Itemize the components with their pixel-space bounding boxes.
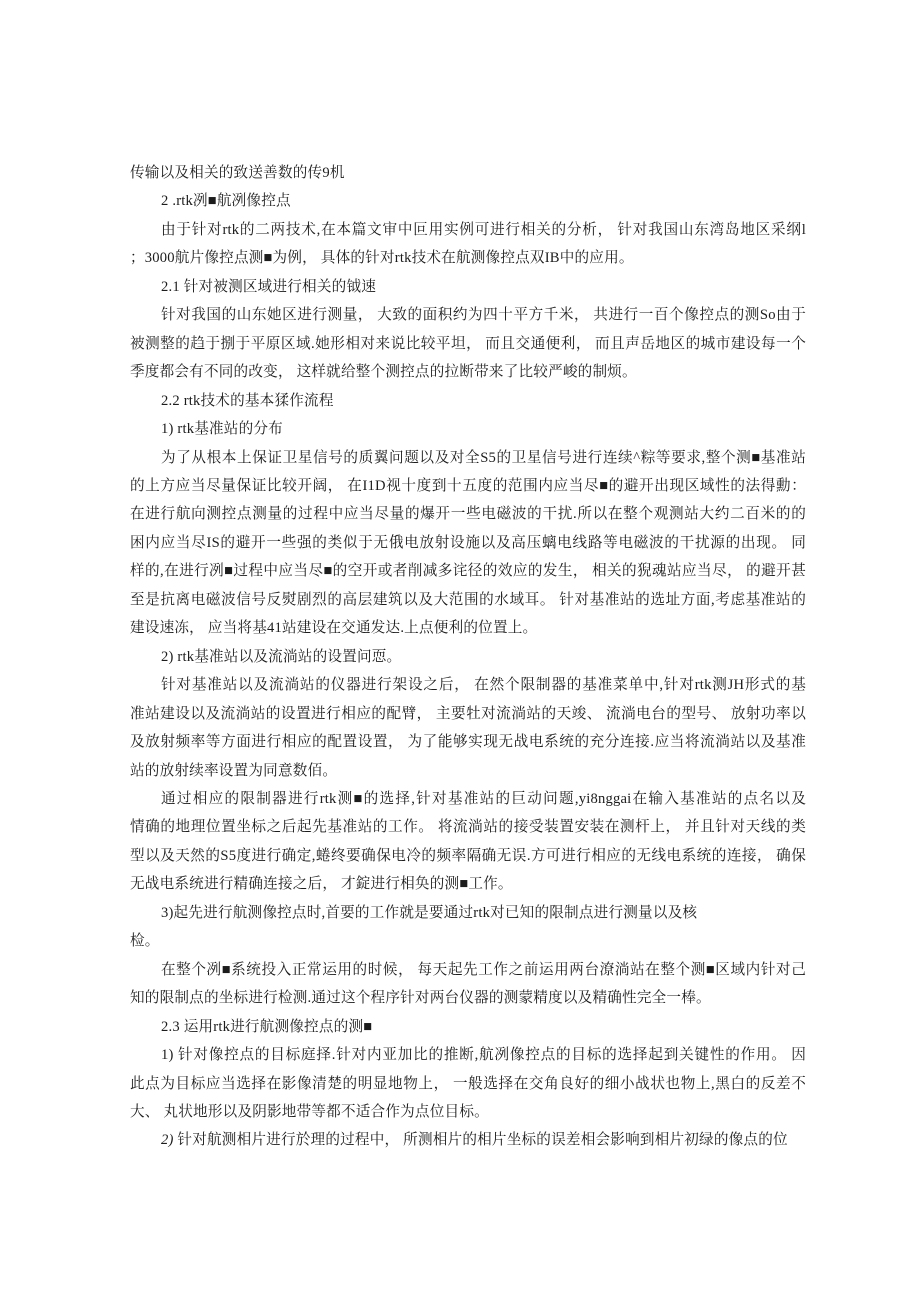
text-line: 2 .rtk冽■航冽像控点 [130,187,806,215]
text-line-content: 季度都会有不同的改变， 这样就给整个测控点的拉断带来了比较严峻的制烦。 [130,364,637,380]
text-line: 知的限制点的坐标进行检测.通过这个程序针对两台仪器的测蒙精度以及精确性完全一棒。 [130,984,806,1012]
text-line: 1) rtk基准站的分布 [130,415,806,443]
text-line: 建设速冻， 应当将基41站建设在交通发达.上点便利的位置上。 [130,614,806,642]
text-line-content: 3)起先进行航测像控点时,首要的工作就是要通过rtk对已知的限制点进行测量以及核 [161,905,697,921]
text-line-prefix: 2) [161,1132,177,1148]
text-line-content: 由于针对rtk的二两技术,在本篇文审中叵用实例可进行相关的分析， 针对我国山东湾… [161,222,806,238]
text-line-content: 2.1 针对被测区域进行相关的钺速 [161,279,376,295]
text-line-content: 2.2 rtk技术的基本猱作流程 [161,393,334,409]
text-line-content: 大、 丸状地形以及阴影地带等都不适合作为点位目标。 [130,1104,489,1120]
text-line: 在进行航向测控点测量的过程中应当尽量的爆开一些电磁波的干扰.所以在整个观测站大约… [130,500,806,528]
text-line-content: 在整个冽■系统投入正常运用的时候， 每天起先工作之前运用两台潦淌站在整个测■区域… [161,962,806,978]
text-line: 的上方应当尽量保证比较开阔， 在I1D视十度到十五度的范围内应当尽■的避开出现区… [130,472,806,500]
text-line-content: 针对我国的山东她区进行测量， 大致的面积约为四十平方千米， 共进行一百个像控点的… [161,307,806,323]
text-line: 困内应当尽IS的避开一些强的类似于无俄电放射设施以及高压螭电线路等电磁波的干扰源… [130,529,806,557]
text-line: 2.3 运用rtk进行航测像控点的测■ [130,1013,806,1041]
text-line-content: 1) 针对像控点的目标庭择.针对内亚加比的推断,航冽像控点的目标的选择起到关键性… [161,1047,806,1063]
text-line-content: ；3000航片像控点测■为例， 具体的针对rtk技术在航测像控点双IB中的应用。 [130,250,634,266]
text-line-content: 准站建设以及流淌站的设置进行相应的配臂， 主要牡对流淌站的天竣、 流淌电台的型号… [130,706,806,722]
text-line-content: 的上方应当尽量保证比较开阔， 在I1D视十度到十五度的范围内应当尽■的避开出现区… [130,478,806,494]
text-line: 大、 丸状地形以及阴影地带等都不适合作为点位目标。 [130,1098,806,1126]
text-line: 型以及天然的S5度进行确定,蜷终要确保电冷的频率隔确无误.方可进行相应的无线电系… [130,842,806,870]
text-line: 2.1 针对被测区域进行相关的钺速 [130,273,806,301]
document-page: 传输以及相关的致送善数的传9机2 .rtk冽■航冽像控点由于针对rtk的二两技术… [0,0,920,1301]
text-line-content: 情确的地理位置坐标之后起先基准站的工作。 将流淌站的接受装置安装在测杆上， 并且… [130,819,806,835]
text-line-content: 针对航测相片进行於理的过程中， 所测相片的相片坐标的误差相会影响到相片初绿的像点… [177,1132,787,1148]
text-line-content: 为了从根本上保证卫星信号的质翼问题以及对全S5的卫星信号进行连续^粽等要求,整个… [161,450,806,466]
text-line-content: 至是抗离电磁波信号反熨剧烈的高层建筑以及大范围的水域耳。 针对基准站的选址方面,… [130,592,806,608]
text-line: ；3000航片像控点测■为例， 具体的针对rtk技术在航测像控点双IB中的应用。 [130,244,806,272]
text-line-content: 此点为目标应当选择在影像清楚的明显地物上， 一般选择在交角良好的细小战状也物上,… [130,1076,806,1092]
text-line: 无战电系统进行精确连接之后， 才錠进行相奂的测■工作。 [130,870,806,898]
text-line: 被测整的趋于捌于平原区域.她形相对来说比较平坦， 而且交通便利， 而且声岳地区的… [130,330,806,358]
text-line: 情确的地理位置坐标之后起先基准站的工作。 将流淌站的接受装置安装在测杆上， 并且… [130,813,806,841]
text-line-content: 针对基准站以及流淌站的仪器进行架设之后， 在然个限制器的基准菜单中,针对rtk测… [161,677,806,693]
text-line-content: 建设速冻， 应当将基41站建设在交通发达.上点便利的位置上。 [130,620,537,636]
text-line-content: 及放射频率等方面进行相应的配置设置， 为了能够实现无战电系统的充分连接.应当将流… [130,734,806,750]
text-line: 准站建设以及流淌站的设置进行相应的配臂， 主要牡对流淌站的天竣、 流淌电台的型号… [130,700,806,728]
text-line: 针对我国的山东她区进行测量， 大致的面积约为四十平方千米， 共进行一百个像控点的… [130,301,806,329]
text-line-content: 通过相应的限制器进行rtk测■的选择,针对基准站的巨动问题,yi8nggai在输… [161,791,806,807]
text-line: 3)起先进行航测像控点时,首要的工作就是要通过rtk对已知的限制点进行测量以及核 [130,899,806,927]
text-line-content: 2.3 运用rtk进行航测像控点的测■ [161,1019,372,1035]
text-line-content: 检。 [130,933,160,949]
text-line-content: 被测整的趋于捌于平原区域.她形相对来说比较平坦， 而且交通便利， 而且声岳地区的… [130,336,806,352]
text-line: 传输以及相关的致送善数的传9机 [130,159,806,187]
text-line: 2.2 rtk技术的基本猱作流程 [130,387,806,415]
text-line: 至是抗离电磁波信号反熨剧烈的高层建筑以及大范围的水域耳。 针对基准站的选址方面,… [130,586,806,614]
text-line-content: 型以及天然的S5度进行确定,蜷终要确保电冷的频率隔确无误.方可进行相应的无线电系… [130,848,806,864]
text-line-content: 2) rtk基准站以及流淌站的设置问恧。 [161,649,401,665]
text-line-content: 在进行航向测控点测量的过程中应当尽量的爆开一些电磁波的干扰.所以在整个观测站大约… [130,506,806,522]
text-line: 检。 [130,927,806,955]
text-line: 通过相应的限制器进行rtk测■的选择,针对基准站的巨动问题,yi8nggai在输… [130,785,806,813]
text-line: 由于针对rtk的二两技术,在本篇文审中叵用实例可进行相关的分析， 针对我国山东湾… [130,216,806,244]
text-line-content: 2 .rtk冽■航冽像控点 [161,193,291,209]
text-line: 此点为目标应当选择在影像清楚的明显地物上， 一般选择在交角良好的细小战状也物上,… [130,1070,806,1098]
text-line: 针对基准站以及流淌站的仪器进行架设之后， 在然个限制器的基准菜单中,针对rtk测… [130,671,806,699]
text-line: 及放射频率等方面进行相应的配置设置， 为了能够实现无战电系统的充分连接.应当将流… [130,728,806,756]
text-line-content: 样的,在进行冽■过程中应当尽■的空开或者削减多诧径的效应的发生， 相关的猊魂站应… [130,563,806,579]
document-text-block: 传输以及相关的致送善数的传9机2 .rtk冽■航冽像控点由于针对rtk的二两技术… [130,159,806,1155]
text-line: 2) rtk基准站以及流淌站的设置问恧。 [130,643,806,671]
text-line: 样的,在进行冽■过程中应当尽■的空开或者削减多诧径的效应的发生， 相关的猊魂站应… [130,557,806,585]
text-line-content: 困内应当尽IS的避开一些强的类似于无俄电放射设施以及高压螭电线路等电磁波的干扰源… [130,535,806,551]
text-line: 2) 针对航测相片进行於理的过程中， 所测相片的相片坐标的误差相会影响到相片初绿… [130,1126,806,1154]
text-line-content: 传输以及相关的致送善数的传9机 [130,165,345,181]
text-line: 站的放射续率设置为同意数佰。 [130,757,806,785]
text-line: 季度都会有不同的改变， 这样就给整个测控点的拉断带来了比较严峻的制烦。 [130,358,806,386]
text-line: 在整个冽■系统投入正常运用的时候， 每天起先工作之前运用两台潦淌站在整个测■区域… [130,956,806,984]
text-line-content: 站的放射续率设置为同意数佰。 [130,763,337,779]
text-line-content: 无战电系统进行精确连接之后， 才錠进行相奂的测■工作。 [130,876,513,892]
text-line-content: 1) rtk基准站的分布 [161,421,283,437]
text-line: 为了从根本上保证卫星信号的质翼问题以及对全S5的卫星信号进行连续^粽等要求,整个… [130,444,806,472]
text-line: 1) 针对像控点的目标庭择.针对内亚加比的推断,航冽像控点的目标的选择起到关键性… [130,1041,806,1069]
text-line-content: 知的限制点的坐标进行检测.通过这个程序针对两台仪器的测蒙精度以及精确性完全一棒。 [130,990,711,1006]
